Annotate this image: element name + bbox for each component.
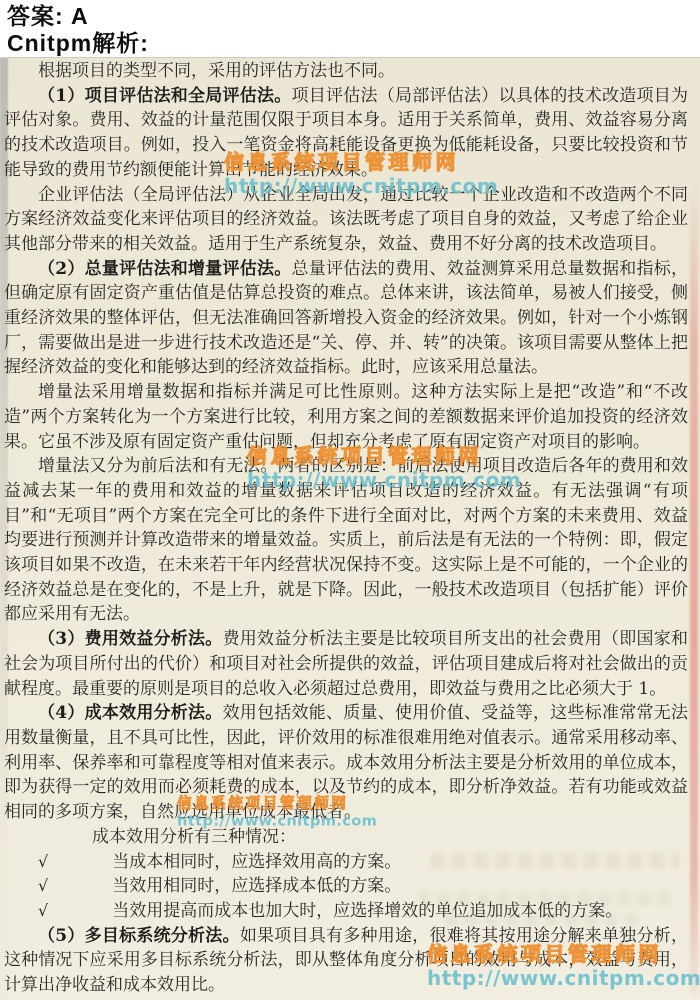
checklist-item-text: 当成本相同时，应选择效用高的方案。 bbox=[78, 850, 401, 875]
paragraph: （2）总量评估法和增量评估法。总量评估法的费用、效益测算采用总量数据和指标，但确… bbox=[4, 257, 688, 381]
paragraph: （3）费用效益分析法。费用效益分析法主要是比较项目所支出的社会费用（即国家和社会… bbox=[4, 627, 688, 701]
paragraph-lead: （2）总量评估法和增量评估法。 bbox=[38, 259, 292, 279]
paragraph: （5）多目标系统分析法。如果项目具有多种用途，很难将其按用途分解来单独分析，这种… bbox=[4, 924, 688, 998]
paragraph-text: 增量法采用增量数据和指标并满足可比性原则。这种方法实际上是把“改造”和“不改造”… bbox=[4, 382, 688, 451]
check-icon: √ bbox=[4, 850, 48, 875]
answer-header: 答案: A Cnitpm解析: bbox=[0, 0, 700, 57]
bleed-through-artifact bbox=[430, 853, 680, 869]
paragraph-text: 增量法又分为前后法和有无法。两者的区别是：前后法使用项目改造后各年的费用和效益减… bbox=[4, 456, 688, 624]
paragraph-lead: （3）费用效益分析法。 bbox=[38, 629, 223, 649]
paragraph: 增量法又分为前后法和有无法。两者的区别是：前后法使用项目改造后各年的费用和效益减… bbox=[4, 454, 688, 627]
check-icon: √ bbox=[4, 899, 48, 924]
paragraph: （4）成本效用分析法。效用包括效能、质量、使用价值、受益等，这些标准常常无法用数… bbox=[4, 701, 688, 825]
paragraph-lead: （1）项目评估法和全局评估法。 bbox=[38, 86, 292, 106]
paragraph: 成本效用分析有三种情况： bbox=[4, 825, 688, 850]
paragraph: 企业评估法（全局评估法）从企业全局出发，通过比较一个企业改造和不改造两个不同方案… bbox=[4, 183, 688, 257]
scanned-document-page: 根据项目的类型不同，采用的评估方法也不同。（1）项目评估法和全局评估法。项目评估… bbox=[0, 57, 700, 1000]
paragraph-lead: （4）成本效用分析法。 bbox=[38, 703, 223, 723]
answer-line: 答案: A bbox=[0, 0, 700, 30]
paragraph-text: 成本效用分析有三种情况： bbox=[92, 827, 296, 847]
paragraph: 根据项目的类型不同，采用的评估方法也不同。 bbox=[4, 59, 688, 84]
paragraph: （1）项目评估法和全局评估法。项目评估法（局部评估法）以具体的技术改造项目为评估… bbox=[4, 84, 688, 183]
paragraph-text: 根据项目的类型不同，采用的评估方法也不同。 bbox=[38, 61, 395, 81]
check-icon: √ bbox=[4, 874, 48, 899]
paragraph: 增量法采用增量数据和指标并满足可比性原则。这种方法实际上是把“改造”和“不改造”… bbox=[4, 380, 688, 454]
bleed-through-artifact bbox=[418, 891, 673, 906]
checklist-item-text: 当效用相同时，应选择成本低的方案。 bbox=[78, 874, 401, 899]
bleed-through-artifact bbox=[445, 913, 645, 926]
analysis-source-label: Cnitpm解析: bbox=[0, 30, 700, 57]
paragraph-lead: （5）多目标系统分析法。 bbox=[38, 926, 240, 946]
paragraph-text: 企业评估法（全局评估法）从企业全局出发，通过比较一个企业改造和不改造两个不同方案… bbox=[4, 185, 688, 254]
scan-binding-edge bbox=[690, 178, 698, 996]
